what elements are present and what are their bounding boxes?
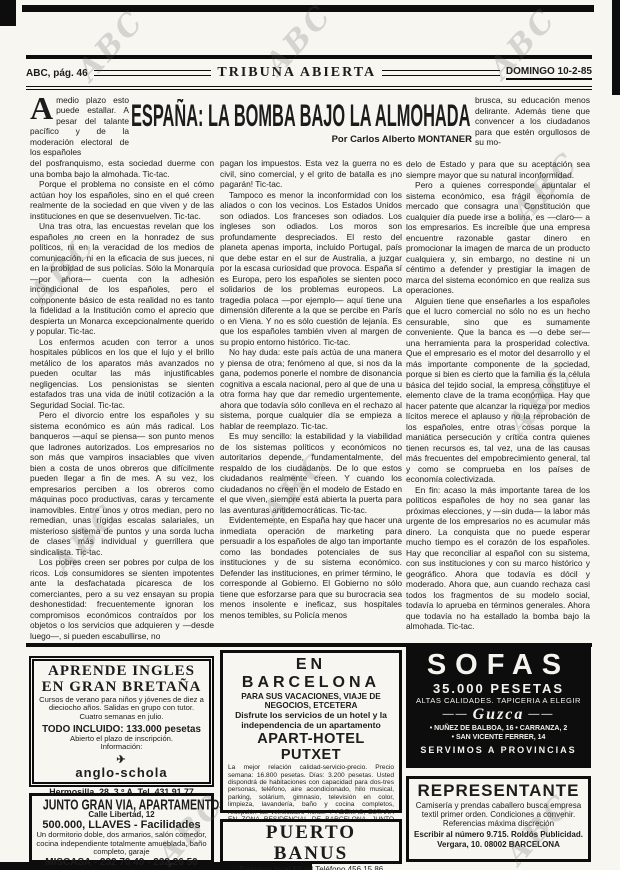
ad-body: Camisería y prendas caballero busca empr… <box>414 801 583 819</box>
ad-title: PUERTO BANUS <box>227 823 395 865</box>
ad-apart-hotel-putxet: EN BARCELONA PARA SUS VACACIONES, VIAJE … <box>220 650 402 813</box>
section-title: TRIBUNA ABIERTA <box>217 65 376 81</box>
top-rule-bar <box>22 5 594 12</box>
article-paragraph: Pero a quienes corresponde apuntalar el … <box>406 180 590 296</box>
article-intro: Amedio plazo esto puede estallar. A pesa… <box>30 95 129 157</box>
ad-representante: REPRESENTANTE Camisería y prendas caball… <box>406 776 591 862</box>
ad-apartamentos-loiu: JUNTO GRAN VIA, APARTAMENTOS LOIU Calle … <box>29 793 214 863</box>
article-paragraph: No hay duda: este país actúa de una mane… <box>220 347 402 431</box>
date-label: DOMINGO 10-2-85 <box>506 66 592 80</box>
masthead-bottom-rule <box>26 86 592 90</box>
ad-subtitle: PARA SUS VACACIONES, VIAJE DE NEGOCIOS, … <box>228 692 394 710</box>
article-paragraph: Los enfermos acuden con terror a unos ho… <box>30 337 214 411</box>
article-paragraph: Los pobres creen ser pobres por culpa de… <box>30 557 214 641</box>
article-paragraph: pagan los impuestos. Esta vez la guerra … <box>220 158 402 190</box>
guzca-brand: Guzca <box>411 706 586 724</box>
ad-title: REPRESENTANTE <box>414 781 583 801</box>
drop-cap: A <box>30 95 53 121</box>
article-paragraph: Tampoco es menor la inconformidad con lo… <box>220 190 402 348</box>
article-paragraph: del posfranquismo, esta sociedad duerme … <box>30 158 214 179</box>
ad-aprende-ingles: APRENDE INGLES EN GRAN BRETAÑA Cursos de… <box>29 656 214 787</box>
newspaper-page: ABC ABC ABC ABC ABC ABC ABC ABC ABC ABC … <box>0 0 620 870</box>
masthead: ABC, pág. 46 TRIBUNA ABIERTA DOMINGO 10-… <box>26 55 592 90</box>
page-number-label: ABC, pág. 46 <box>26 68 88 79</box>
ad-price: TODO INCLUIDO: 133.000 pesetas <box>39 724 204 735</box>
ad-title: EN GRAN BRETAÑA <box>39 680 204 696</box>
article-paragraph: Es muy sencillo: la estabilidad y la via… <box>220 431 402 515</box>
ad-body: Cursos de verano para niños y jóvenes de… <box>39 696 204 722</box>
ad-title: APRENDE INGLES <box>39 664 204 680</box>
ad-body: Traspaso local 50 m² Teléfono 456 15 86 <box>227 865 395 870</box>
ad-quality-line: ALTAS CALIDADES. TAPICERIA A ELEGIR <box>411 696 586 705</box>
article-paragraph: Porque el problema no consiste en el cóm… <box>30 179 214 221</box>
article-paragraph: En fin: acaso la más importante tarea de… <box>406 485 590 632</box>
ad-title: JUNTO GRAN VIA, APARTAMENTOS LOIU <box>43 798 200 813</box>
ad-contact: Escribir al número 9.715. Roldós Publici… <box>414 830 583 848</box>
ad-title: EN BARCELONA <box>228 656 394 692</box>
ad-puerto-banus: PUERTO BANUS Traspaso local 50 m² Teléfo… <box>220 819 402 864</box>
ad-note: Referencias máxima discreción <box>414 819 583 828</box>
masthead-top-rule <box>26 55 592 59</box>
ad-address: • SAN VICENTE FERRER, 14 <box>411 734 586 743</box>
article-column-1: del posfranquismo, esta sociedad duerme … <box>30 158 214 646</box>
masthead-rule <box>94 70 212 76</box>
ad-sofas-guzca: SOFAS 35.000 PESETAS ALTAS CALIDADES. TA… <box>406 647 591 768</box>
masthead-rule <box>382 70 500 76</box>
article-headline: ESPAÑA: LA BOMBA BAJO LA ALMOHADA <box>131 99 470 135</box>
article-column-3-top: brusca, su educación menos delirante. Ad… <box>475 95 590 158</box>
scan-edge-mark <box>612 0 620 95</box>
ad-phone: MISCASA - 232 70 49 - 232 26 50 <box>36 857 207 868</box>
ad-body: Un dormitorio doble, dos armarios, salón… <box>36 831 207 857</box>
ad-footer: SERVIMOS A PROVINCIAS <box>411 745 586 755</box>
scan-ink-mark <box>0 0 16 26</box>
article-paragraph: Alguien tiene que enseñarles a los españ… <box>406 296 590 485</box>
bird-logo-icon: ✈ <box>39 755 204 765</box>
ad-note: Información: <box>39 743 204 752</box>
article-column-2: pagan los impuestos. Esta vez la guerra … <box>220 158 402 646</box>
article-paragraph: Evidentemente, en España hay que hacer u… <box>220 515 402 620</box>
ad-title: SOFAS <box>411 651 586 680</box>
article-paragraph: Pero el divorcio entre los españoles y s… <box>30 410 214 557</box>
article-paragraph: delo de Estado y para que su aceptación … <box>406 159 590 180</box>
ad-hotel-name: APART-HOTEL PUTXET <box>228 731 394 763</box>
article-paragraph: Una tras otra, las encuestas revelan que… <box>30 221 214 337</box>
ad-price: 35.000 PESETAS <box>411 681 586 696</box>
article-column-3: delo de Estado y para que su aceptación … <box>406 159 590 646</box>
anglo-schola-brand: ✈anglo-schola <box>39 755 204 780</box>
article-byline: Por Carlos Alberto MONTANER <box>240 134 472 145</box>
ad-lead: Disfrute los servicios de un hotel y la … <box>228 711 394 730</box>
ad-address: • NUÑEZ DE BALBOA, 16 • CARRANZA, 2 <box>411 725 586 734</box>
